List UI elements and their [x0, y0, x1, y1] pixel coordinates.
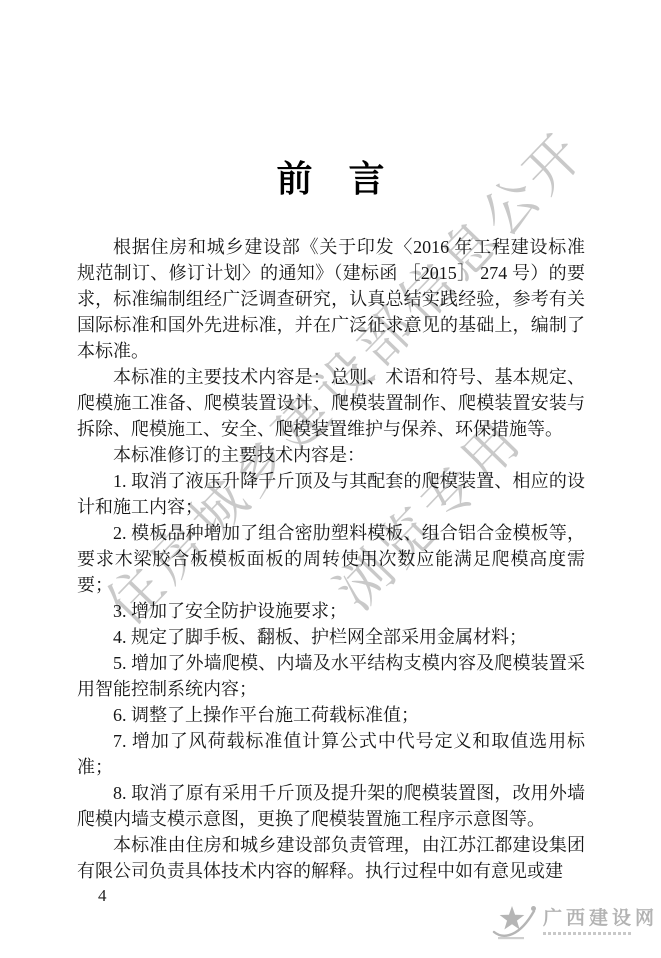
paragraph-7: 4. 规定了脚手板、翻板、护栏网全部采用金属材料；: [77, 624, 585, 650]
star-swoosh-icon: [492, 900, 538, 942]
document-body: 根据住房和城乡建设部《关于印发〈2016 年工程建设标准规范制订、修订计划〉的通…: [77, 234, 585, 884]
paragraph-10: 7. 增加了风荷载标准值计算公式中代号定义和取值选用标准；: [77, 728, 585, 780]
paragraph-4: 1. 取消了液压升降千斤顶及与其配套的爬模装置、相应的设计和施工内容；: [77, 468, 585, 520]
paragraph-5: 2. 模板品种增加了组合密肋塑料模板、组合铝合金模板等，要求木梁胶合板模板面板的…: [77, 520, 585, 598]
paragraph-9: 6. 调整了上操作平台施工荷载标准值；: [77, 702, 585, 728]
paragraph-11: 8. 取消了原有采用千斤顶及提升架的爬模装置图，改用外墙爬模内墙支模示意图，更换…: [77, 780, 585, 832]
footer-logo-textblock: 广西建设网: [543, 908, 658, 935]
footer-logo: 广西建设网: [492, 900, 658, 942]
page-number: 4: [98, 886, 107, 906]
document-page: 住房城乡建设部信息公开 浏览专用 前 言 根据住房和城乡建设部《关于印发〈201…: [0, 0, 661, 958]
paragraph-3: 本标准修订的主要技术内容是：: [77, 442, 585, 468]
footer-logo-text: 广西建设网: [543, 908, 658, 930]
paragraph-2: 本标准的主要技术内容是：总则、术语和符号、基本规定、爬模施工准备、爬模装置设计、…: [77, 364, 585, 442]
paragraph-12: 本标准由住房和城乡建设部负责管理，由江苏江都建设集团有限公司负责具体技术内容的解…: [77, 832, 585, 884]
paragraph-6: 3. 增加了安全防护设施要求；: [77, 598, 585, 624]
paragraph-8: 5. 增加了外墙爬模、内墙及水平结构支模内容及爬模装置采用智能控制系统内容；: [77, 650, 585, 702]
footer-logo-caption: [543, 932, 631, 935]
page-title: 前 言: [0, 157, 661, 201]
paragraph-1: 根据住房和城乡建设部《关于印发〈2016 年工程建设标准规范制订、修订计划〉的通…: [77, 234, 585, 364]
